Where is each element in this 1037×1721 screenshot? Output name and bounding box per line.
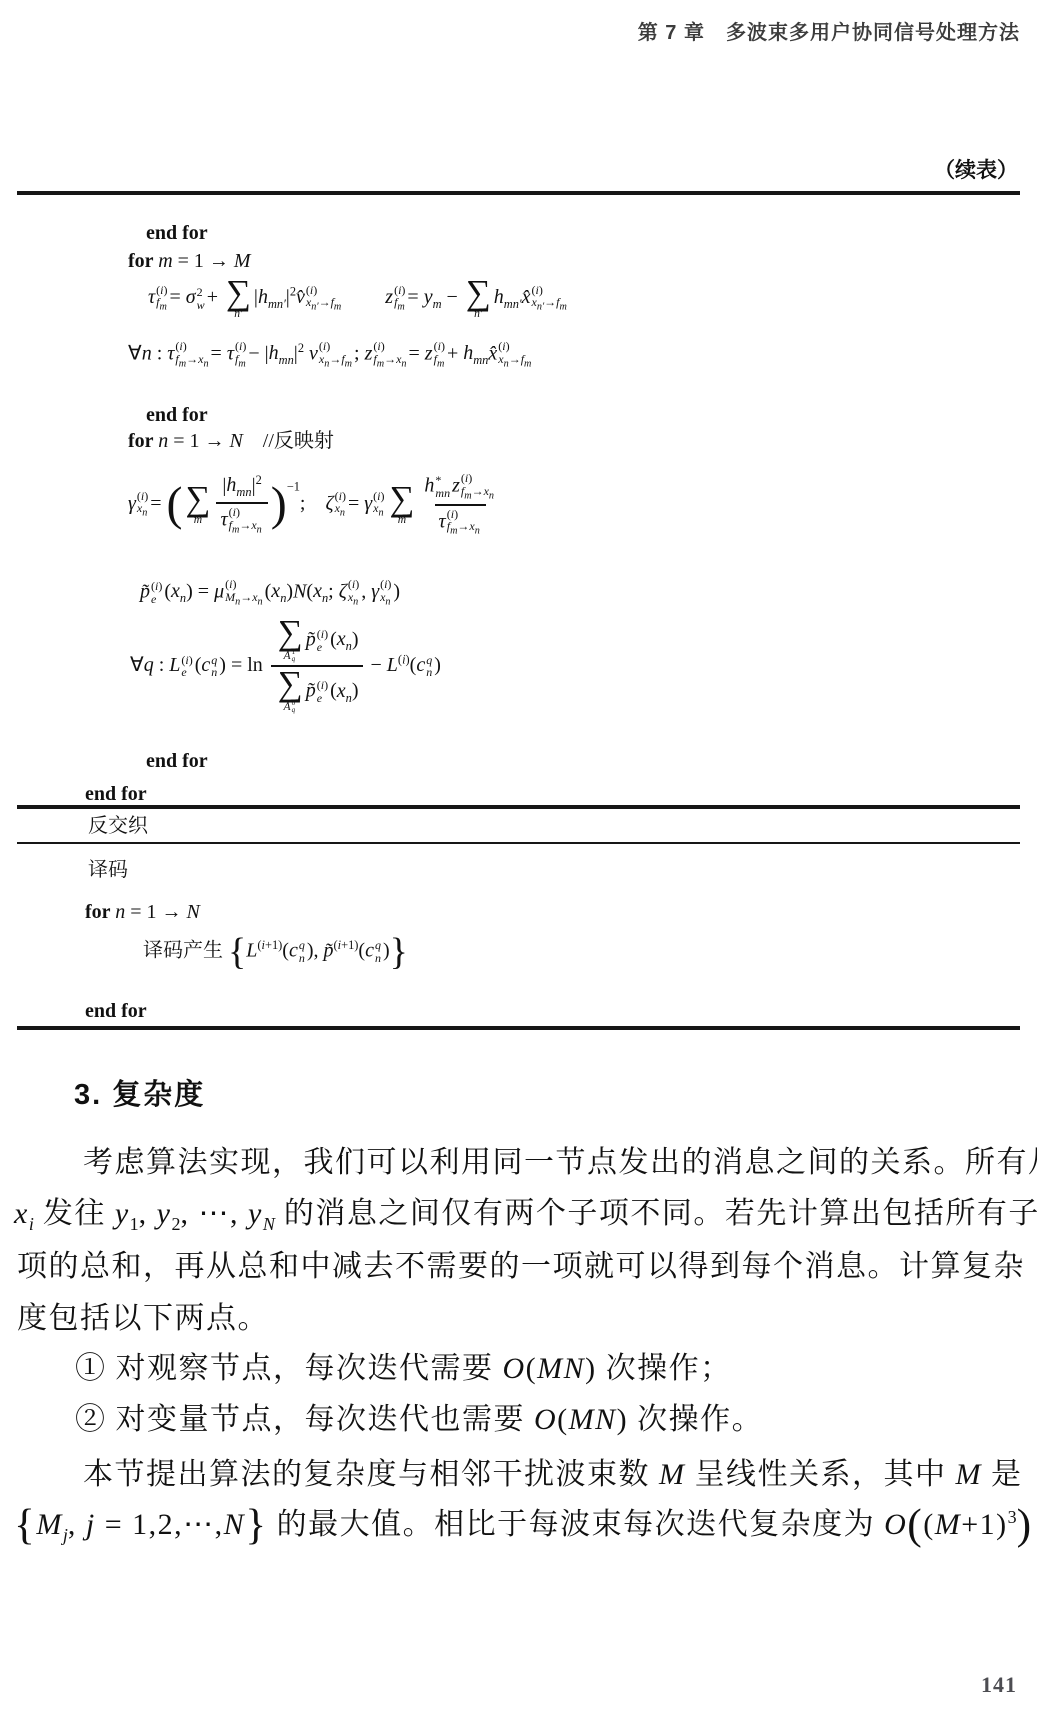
body-line: 本节提出算法的复杂度与相邻干扰波束数 M 呈线性关系，其中 M 是 [83,1455,1023,1496]
pseudocode-deinterleave: 反交织 [88,815,148,838]
section-heading: 3. 复杂度 [74,1072,205,1113]
pseudocode-decode: 译码 [88,859,128,882]
pseudocode-for-n-decode: for n = 1 → N [85,901,200,924]
pseudocode-end-for: end for [146,750,208,773]
pseudocode-decode-output: 译码产生 {L(i+1)(cqn), p̃(i+1)(cqn)} [143,938,408,965]
pseudocode-end-for: end for [85,783,147,806]
pseudocode-end-for: end for [85,1000,147,1023]
book-page: 第 7 章 多波束多用户协同信号处理方法 （续表） end for for m … [0,0,1037,1721]
body-line: xi 发往 y1, y2, ⋯, yN 的消息之间仅有两个子项不同。若先计算出包… [14,1194,1037,1236]
pseudocode-end-for: end for [146,222,208,245]
table-rule-mid-1 [17,805,1020,809]
continued-table-label: （续表） [934,154,1018,184]
pseudocode-llr-formula: ∀q : L(i)e(cqn) = ln ∑A1qp̃(i)e(xn)∑A0qp… [130,618,441,715]
body-line: 考虑算法实现，我们可以利用同一节点发出的消息之间的关系。所有从 [83,1143,1037,1184]
body-line: {Mj, j = 1,2,⋯,N} 的最大值。相比于每波束每次迭代复杂度为 O(… [14,1505,1037,1547]
running-header: 第 7 章 多波束多用户协同信号处理方法 [638,16,1020,45]
list-item-2: ② 对变量节点，每次迭代也需要 O(MN) 次操作。 [75,1400,763,1441]
pseudocode-gamma-zeta-formula: γ(i)xn= (∑m|hmn|2τ(i)fm→xn)−1; ζ(i)xn= γ… [128,472,503,537]
table-rule-top [17,191,1020,195]
pseudocode-p-tilde-formula: p̃(i)e(xn) = μ(i)Mn→xn(xn)N(xn; ζ(i)xn, … [140,578,400,608]
body-line: 项的总和，再从总和中减去不需要的一项就可以得到每个消息。计算复杂 [17,1247,1025,1288]
pseudocode-end-for: end for [146,404,208,427]
page-number: 141 [981,1672,1017,1698]
pseudocode-forall-formula: ∀n : τ(i)fm→xn= τ(i)fm− |hmn|2 ν(i)xn→fm… [128,340,533,370]
body-line: 度包括以下两点。 [17,1299,269,1340]
pseudocode-for-m: for m = 1 → M [128,250,251,273]
table-rule-bottom [17,1026,1020,1030]
pseudocode-tau-z-formula: τ(i)fm= σ2w+ ∑n′|hmn′|2v̂(i)xn′→fmz(i)fm… [148,278,569,319]
list-item-1: ① 对观察节点，每次迭代需要 O(MN) 次操作； [75,1349,732,1390]
pseudocode-for-n: for n = 1 → N //反映射 [128,430,334,453]
table-rule-mid-2 [17,842,1020,844]
